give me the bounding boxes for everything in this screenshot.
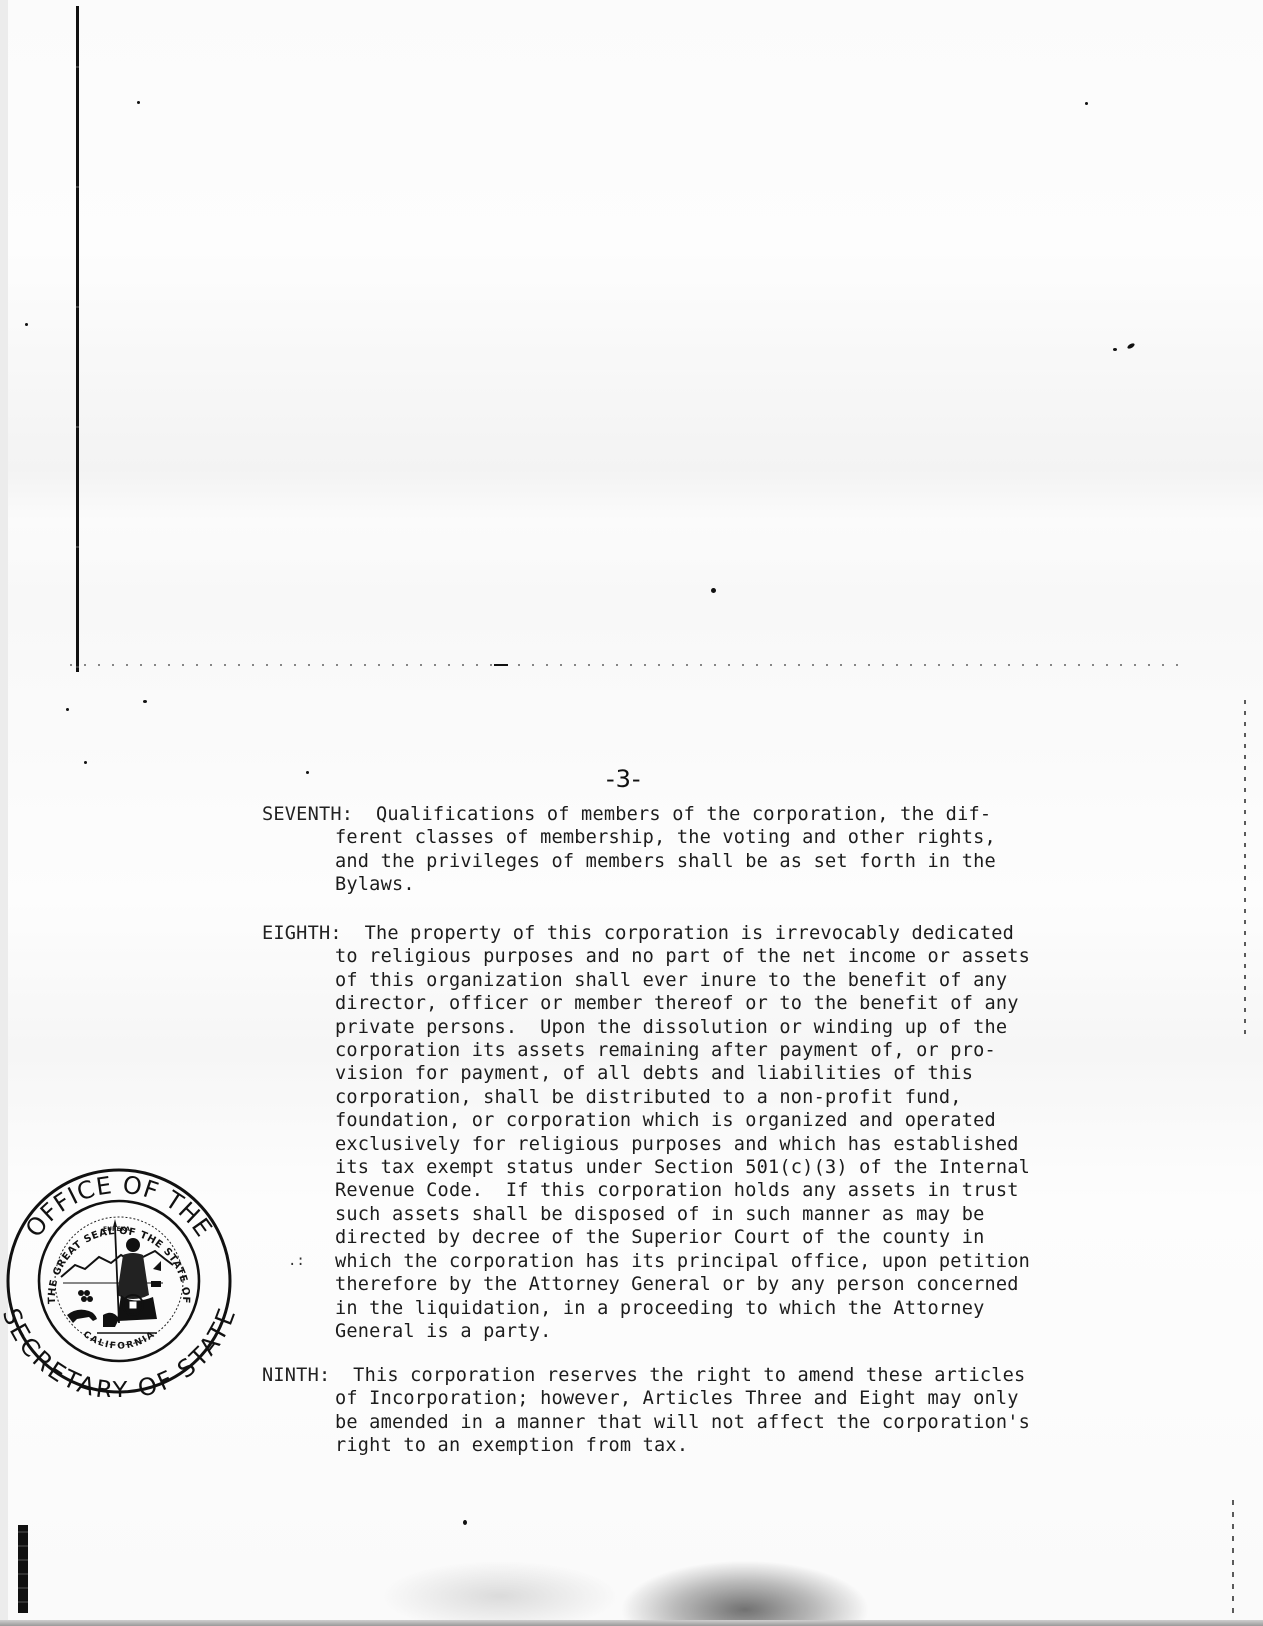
fold-line-horizontal — [70, 664, 1190, 666]
article-line: be amended in a manner that will not aff… — [262, 1411, 1222, 1434]
scan-bottom-edge — [0, 1620, 1263, 1626]
scan-speck — [143, 700, 147, 703]
secretary-of-state-seal: OFFICE OF THE SECRETARY OF STATE THE GRE… — [3, 1165, 235, 1397]
article-line: in the liquidation, in a proceeding to w… — [262, 1297, 1222, 1320]
article-text: Qualifications of members of the corpora… — [376, 804, 991, 825]
scan-artifact-right-edge-bottom — [1232, 1500, 1234, 1620]
scan-speck — [66, 708, 69, 711]
article-line: its tax exempt status under Section 501(… — [262, 1156, 1222, 1179]
article-line: Revenue Code. If this corporation holds … — [262, 1179, 1222, 1202]
scan-speck — [1127, 342, 1136, 349]
page-number: -3- — [606, 765, 642, 793]
article-line: directed by decree of the Superior Court… — [262, 1226, 1222, 1249]
scan-noise-bottom — [620, 1560, 870, 1622]
article-line: and the privileges of members shall be a… — [262, 850, 1222, 873]
article-heading: NINTH: — [262, 1365, 330, 1386]
scan-speck — [463, 1520, 467, 1525]
article-line: of Incorporation; however, Articles Thre… — [262, 1387, 1222, 1410]
svg-text:EUREKA: EUREKA — [103, 1226, 130, 1233]
article-line: General is a party. — [262, 1320, 1222, 1343]
article-line: which the corporation has its principal … — [262, 1250, 1222, 1273]
article-eighth: EIGHTH: The property of this corporation… — [262, 922, 1222, 1343]
article-line: Bylaws. — [262, 873, 1222, 896]
article-ninth: NINTH: This corporation reserves the rig… — [262, 1364, 1222, 1458]
scan-speck — [306, 771, 309, 774]
article-line: foundation, or corporation which is orga… — [262, 1109, 1222, 1132]
article-seventh: SEVENTH: Qualifications of members of th… — [262, 803, 1222, 897]
article-line: NINTH: This corporation reserves the rig… — [262, 1364, 1222, 1387]
scan-speck — [1113, 348, 1117, 351]
article-line: ferent classes of membership, the voting… — [262, 826, 1222, 849]
article-heading: EIGHTH: — [262, 923, 342, 944]
article-line: exclusively for religious purposes and w… — [262, 1133, 1222, 1156]
scan-artifact-right-edge — [1244, 700, 1246, 1040]
fold-line-vertical — [76, 6, 79, 672]
article-line: director, officer or member thereof or t… — [262, 992, 1222, 1015]
article-line: to religious purposes and no part of the… — [262, 945, 1222, 968]
article-line: corporation its assets remaining after p… — [262, 1039, 1222, 1062]
article-line: such assets shall be disposed of in such… — [262, 1203, 1222, 1226]
article-line: vision for payment, of all debts and lia… — [262, 1062, 1222, 1085]
article-line: SEVENTH: Qualifications of members of th… — [262, 803, 1222, 826]
article-line: of this organization shall ever inure to… — [262, 969, 1222, 992]
article-line: corporation, shall be distributed to a n… — [262, 1086, 1222, 1109]
article-line: therefore by the Attorney General or by … — [262, 1273, 1222, 1296]
article-text: The property of this corporation is irre… — [365, 923, 1014, 944]
scan-speck — [494, 664, 508, 666]
article-line: EIGHTH: The property of this corporation… — [262, 922, 1222, 945]
margin-mark — [18, 1525, 28, 1613]
article-line: private persons. Upon the dissolution or… — [262, 1016, 1222, 1039]
scan-speck — [711, 588, 716, 593]
scan-speck — [84, 761, 87, 764]
scan-noise-bottom-left — [380, 1560, 620, 1620]
california-great-seal-icon: OFFICE OF THE SECRETARY OF STATE THE GRE… — [3, 1165, 235, 1397]
scan-speck — [137, 101, 140, 104]
scan-speck — [25, 323, 28, 326]
article-text: This corporation reserves the right to a… — [353, 1365, 1025, 1386]
article-heading: SEVENTH: — [262, 804, 353, 825]
article-line: right to an exemption from tax. — [262, 1434, 1222, 1457]
scan-speck — [1085, 102, 1088, 105]
